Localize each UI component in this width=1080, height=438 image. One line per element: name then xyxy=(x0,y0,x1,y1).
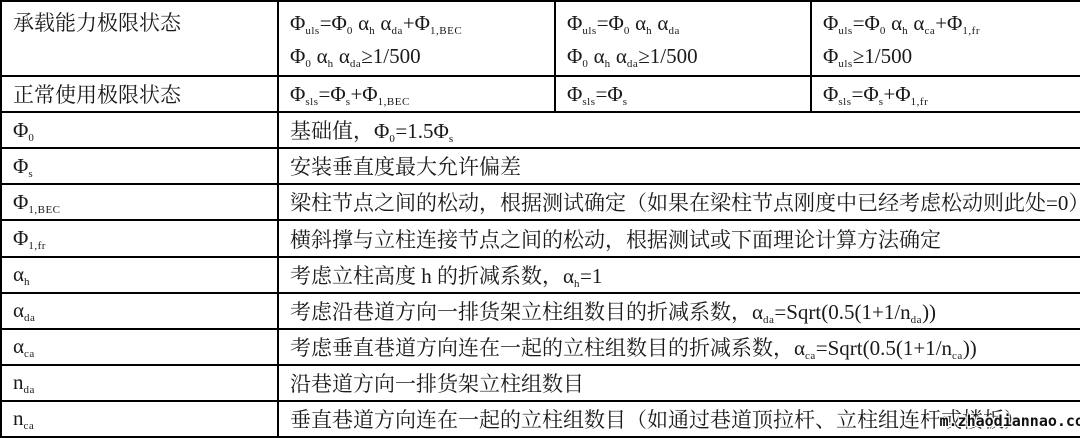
limit-state-table: 承载能力极限状态 Φuls=Φ0 αh αda+Φ1,BEC Φ0 αh αda… xyxy=(0,0,1080,438)
sls-formula-cell-3: Φsls=Φs+Φ1,fr xyxy=(811,76,1080,112)
sls-formula-cell-1: Φsls=Φs+Φ1,BEC xyxy=(278,76,555,112)
table-row-alphaca: αca 考虑垂直巷道方向连在一起的立柱组数目的折减系数，αca=Sqrt(0.5… xyxy=(1,329,1080,365)
document-page: 承载能力极限状态 Φuls=Φ0 αh αda+Φ1,BEC Φ0 αh αda… xyxy=(0,0,1080,438)
uls-formula-cell-1: Φuls=Φ0 αh αda+Φ1,BEC Φ0 αh αda≥1/500 xyxy=(278,1,555,76)
table-row-nca: nca 垂直巷道方向连在一起的立柱组数目（如通过巷道顶拉杆、立柱组连杆或楼板） xyxy=(1,401,1080,437)
symbol-nca: nca xyxy=(1,401,278,437)
formula-line: Φ0 αh αda≥1/500 xyxy=(290,40,548,73)
table-row-sls: 正常使用极限状态 Φsls=Φs+Φ1,BEC Φsls=Φs Φsls=Φs+… xyxy=(1,76,1080,112)
symbol-alphah: αh xyxy=(1,257,278,293)
desc-phi1fr: 横斜撑与立柱连接节点之间的松动，根据测试或下面理论计算方法确定 xyxy=(278,220,1080,256)
symbol-phi1fr: Φ1,fr xyxy=(1,220,278,256)
table-row-alphada: αda 考虑沿巷道方向一排货架立柱组数目的折减系数，αda=Sqrt(0.5(1… xyxy=(1,293,1080,329)
symbol-alphaca: αca xyxy=(1,329,278,365)
table-row-nda: nda 沿巷道方向一排货架立柱组数目 xyxy=(1,365,1080,401)
desc-phis: 安装垂直度最大允许偏差 xyxy=(278,148,1080,184)
desc-alphada: 考虑沿巷道方向一排货架立柱组数目的折减系数，αda=Sqrt(0.5(1+1/n… xyxy=(278,293,1080,329)
table-row-phi0: Φ0 基础值，Φ0=1.5Φs xyxy=(1,112,1080,148)
symbol-phi1bec: Φ1,BEC xyxy=(1,184,278,220)
table-row-phi1fr: Φ1,fr 横斜撑与立柱连接节点之间的松动，根据测试或下面理论计算方法确定 xyxy=(1,220,1080,256)
sls-formula-cell-2: Φsls=Φs xyxy=(555,76,811,112)
uls-formula-cell-3: Φuls=Φ0 αh αca+Φ1,fr Φuls≥1/500 xyxy=(811,1,1080,76)
table-row-alphah: αh 考虑立柱高度 h 的折减系数，αh=1 xyxy=(1,257,1080,293)
formula-line: Φ0 αh αda≥1/500 xyxy=(567,40,804,73)
row-label-sls: 正常使用极限状态 xyxy=(1,76,278,112)
table-row-uls: 承载能力极限状态 Φuls=Φ0 αh αda+Φ1,BEC Φ0 αh αda… xyxy=(1,1,1080,76)
table-row-phis: Φs 安装垂直度最大允许偏差 xyxy=(1,148,1080,184)
formula-line: Φuls=Φ0 αh αda+Φ1,BEC xyxy=(290,7,548,40)
desc-alphah: 考虑立柱高度 h 的折减系数，αh=1 xyxy=(278,257,1080,293)
row-label-uls: 承载能力极限状态 xyxy=(1,1,278,76)
desc-phi1bec: 梁柱节点之间的松动，根据测试确定（如果在梁柱节点刚度中已经考虑松动则此处=0） xyxy=(278,184,1080,220)
symbol-alphada: αda xyxy=(1,293,278,329)
desc-phi0: 基础值，Φ0=1.5Φs xyxy=(278,112,1080,148)
table-row-phi1bec: Φ1,BEC 梁柱节点之间的松动，根据测试确定（如果在梁柱节点刚度中已经考虑松动… xyxy=(1,184,1080,220)
watermark-text: m.zhaodiannao.co xyxy=(940,412,1080,430)
desc-alphaca: 考虑垂直巷道方向连在一起的立柱组数目的折减系数，αca=Sqrt(0.5(1+1… xyxy=(278,329,1080,365)
row-label-text: 承载能力极限状态 xyxy=(13,7,271,40)
symbol-nda: nda xyxy=(1,365,278,401)
formula-line: Φuls≥1/500 xyxy=(823,40,1074,73)
symbol-phis: Φs xyxy=(1,148,278,184)
uls-formula-cell-2: Φuls=Φ0 αh αda Φ0 αh αda≥1/500 xyxy=(555,1,811,76)
desc-nda: 沿巷道方向一排货架立柱组数目 xyxy=(278,365,1080,401)
symbol-phi0: Φ0 xyxy=(1,112,278,148)
formula-line: Φuls=Φ0 αh αca+Φ1,fr xyxy=(823,7,1074,40)
formula-line: Φuls=Φ0 αh αda xyxy=(567,7,804,40)
